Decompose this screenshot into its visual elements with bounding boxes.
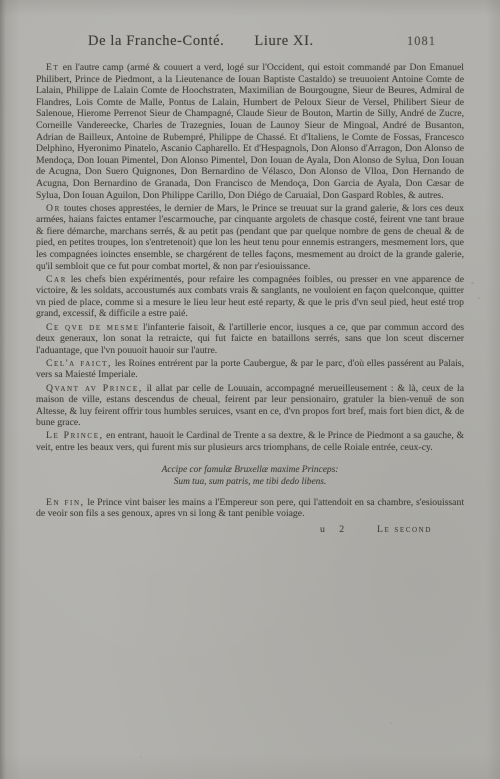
paragraph-lead: Et <box>46 62 59 73</box>
signature-mark: u 2 <box>320 524 350 536</box>
paragraph-lead: Qvant av Prince, <box>46 383 143 394</box>
latin-verse: Accipe cor famulæ Bruxellæ maxime Prince… <box>36 464 464 488</box>
running-head-book: Liure XI. <box>254 33 313 50</box>
paragraph-text: toutes choses apprestées, le dernier de … <box>36 203 464 272</box>
paragraph: En fin, le Prince vint baiser les mains … <box>36 497 464 520</box>
paragraph-lead: Cel'a faict, <box>46 358 112 369</box>
paragraph: Or toutes choses apprestées, le dernier … <box>36 203 464 273</box>
latin-verse-line: Sum tua, sum patris, me tibi dedo libens… <box>36 476 464 488</box>
paragraph-lead: Or <box>46 203 61 214</box>
paragraph: Et en l'autre camp (armé & couuert a ver… <box>36 62 464 201</box>
paragraph: Car les chefs bien expérimentés, pour re… <box>36 274 464 320</box>
paper-speck <box>452 508 454 510</box>
page-content: De la Franche-Conté. Liure XI. 1081 Et e… <box>36 33 464 535</box>
book-page-scan: De la Franche-Conté. Liure XI. 1081 Et e… <box>0 0 500 779</box>
paper-speck <box>471 282 474 284</box>
running-head: De la Franche-Conté. Liure XI. 1081 <box>36 33 464 50</box>
paragraph: Qvant av Prince, il allat par celle de L… <box>36 383 464 429</box>
running-head-title: De la Franche-Conté. <box>88 33 224 50</box>
paragraph-lead: Car <box>46 274 67 285</box>
paragraph-lead: Ce qve de mesme <box>46 322 140 333</box>
paragraph-text: les chefs bien expérimentés, pour refair… <box>36 274 464 320</box>
body-text: Et en l'autre camp (armé & couuert a ver… <box>36 62 464 535</box>
paragraph-text: en l'autre camp (armé & couuert a verd, … <box>36 62 464 201</box>
paragraph-text: le Prince vint baiser les mains a l'Empe… <box>36 497 464 520</box>
paragraph-lead: En fin, <box>46 497 85 508</box>
page-number: 1081 <box>407 34 436 49</box>
catchword: Le second <box>377 524 432 536</box>
paper-speck <box>390 722 392 724</box>
signature-line: u 2 Le second <box>36 524 464 536</box>
paper-speck <box>140 756 142 758</box>
paragraph: Le Prince, en entrant, hauoit le Cardina… <box>36 430 464 453</box>
latin-verse-line: Accipe cor famulæ Bruxellæ maxime Prince… <box>36 464 464 476</box>
paragraph-lead: Le Prince, <box>46 430 104 441</box>
paragraph: Cel'a faict, les Roines entrérent par la… <box>36 358 464 381</box>
paper-speck <box>478 297 480 299</box>
paragraph: Ce qve de mesme l'infanterie faisoit, & … <box>36 322 464 357</box>
